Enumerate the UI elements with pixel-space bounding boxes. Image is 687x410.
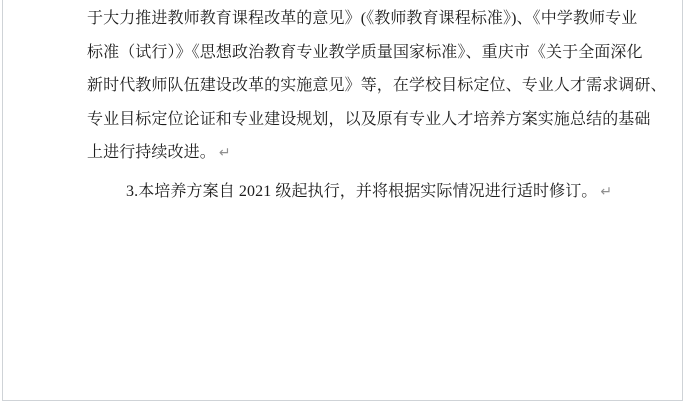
document-text-body: 于大力推进教师教育课程改革的意见》(《教师教育课程标准》)、《中学教师专业 标准… bbox=[87, 2, 619, 209]
paragraph-mark-icon: ↵ bbox=[600, 184, 612, 200]
paragraph2-text: 3.本培养方案自 2021 级起执行，并将根据实际情况进行适时修订。 bbox=[126, 183, 597, 200]
paragraph1-line5-text: 上进行持续改进。 bbox=[87, 144, 216, 161]
paragraph1-line3[interactable]: 新时代教师队伍建设改革的实施意见》等，在学校目标定位、专业人才需求调研、 bbox=[87, 69, 619, 103]
document-viewport: 于大力推进教师教育课程改革的意见》(《教师教育课程标准》)、《中学教师专业 标准… bbox=[0, 0, 687, 410]
paragraph1-line1[interactable]: 于大力推进教师教育课程改革的意见》(《教师教育课程标准》)、《中学教师专业 bbox=[87, 2, 619, 36]
document-page: 于大力推进教师教育课程改革的意见》(《教师教育课程标准》)、《中学教师专业 标准… bbox=[2, 0, 683, 401]
paragraph1-line4[interactable]: 专业目标定位论证和专业建设规划，以及原有专业人才培养方案实施总结的基础 bbox=[87, 103, 619, 137]
paragraph-mark-icon: ↵ bbox=[219, 145, 231, 161]
paragraph1-line2[interactable]: 标准（试行）》《思想政治教育专业教学质量国家标准》、重庆市《关于全面深化 bbox=[87, 36, 619, 70]
paragraph2-line[interactable]: 3.本培养方案自 2021 级起执行，并将根据实际情况进行适时修订。↵ bbox=[87, 175, 619, 210]
paragraph1-line5[interactable]: 上进行持续改进。↵ bbox=[87, 136, 619, 171]
